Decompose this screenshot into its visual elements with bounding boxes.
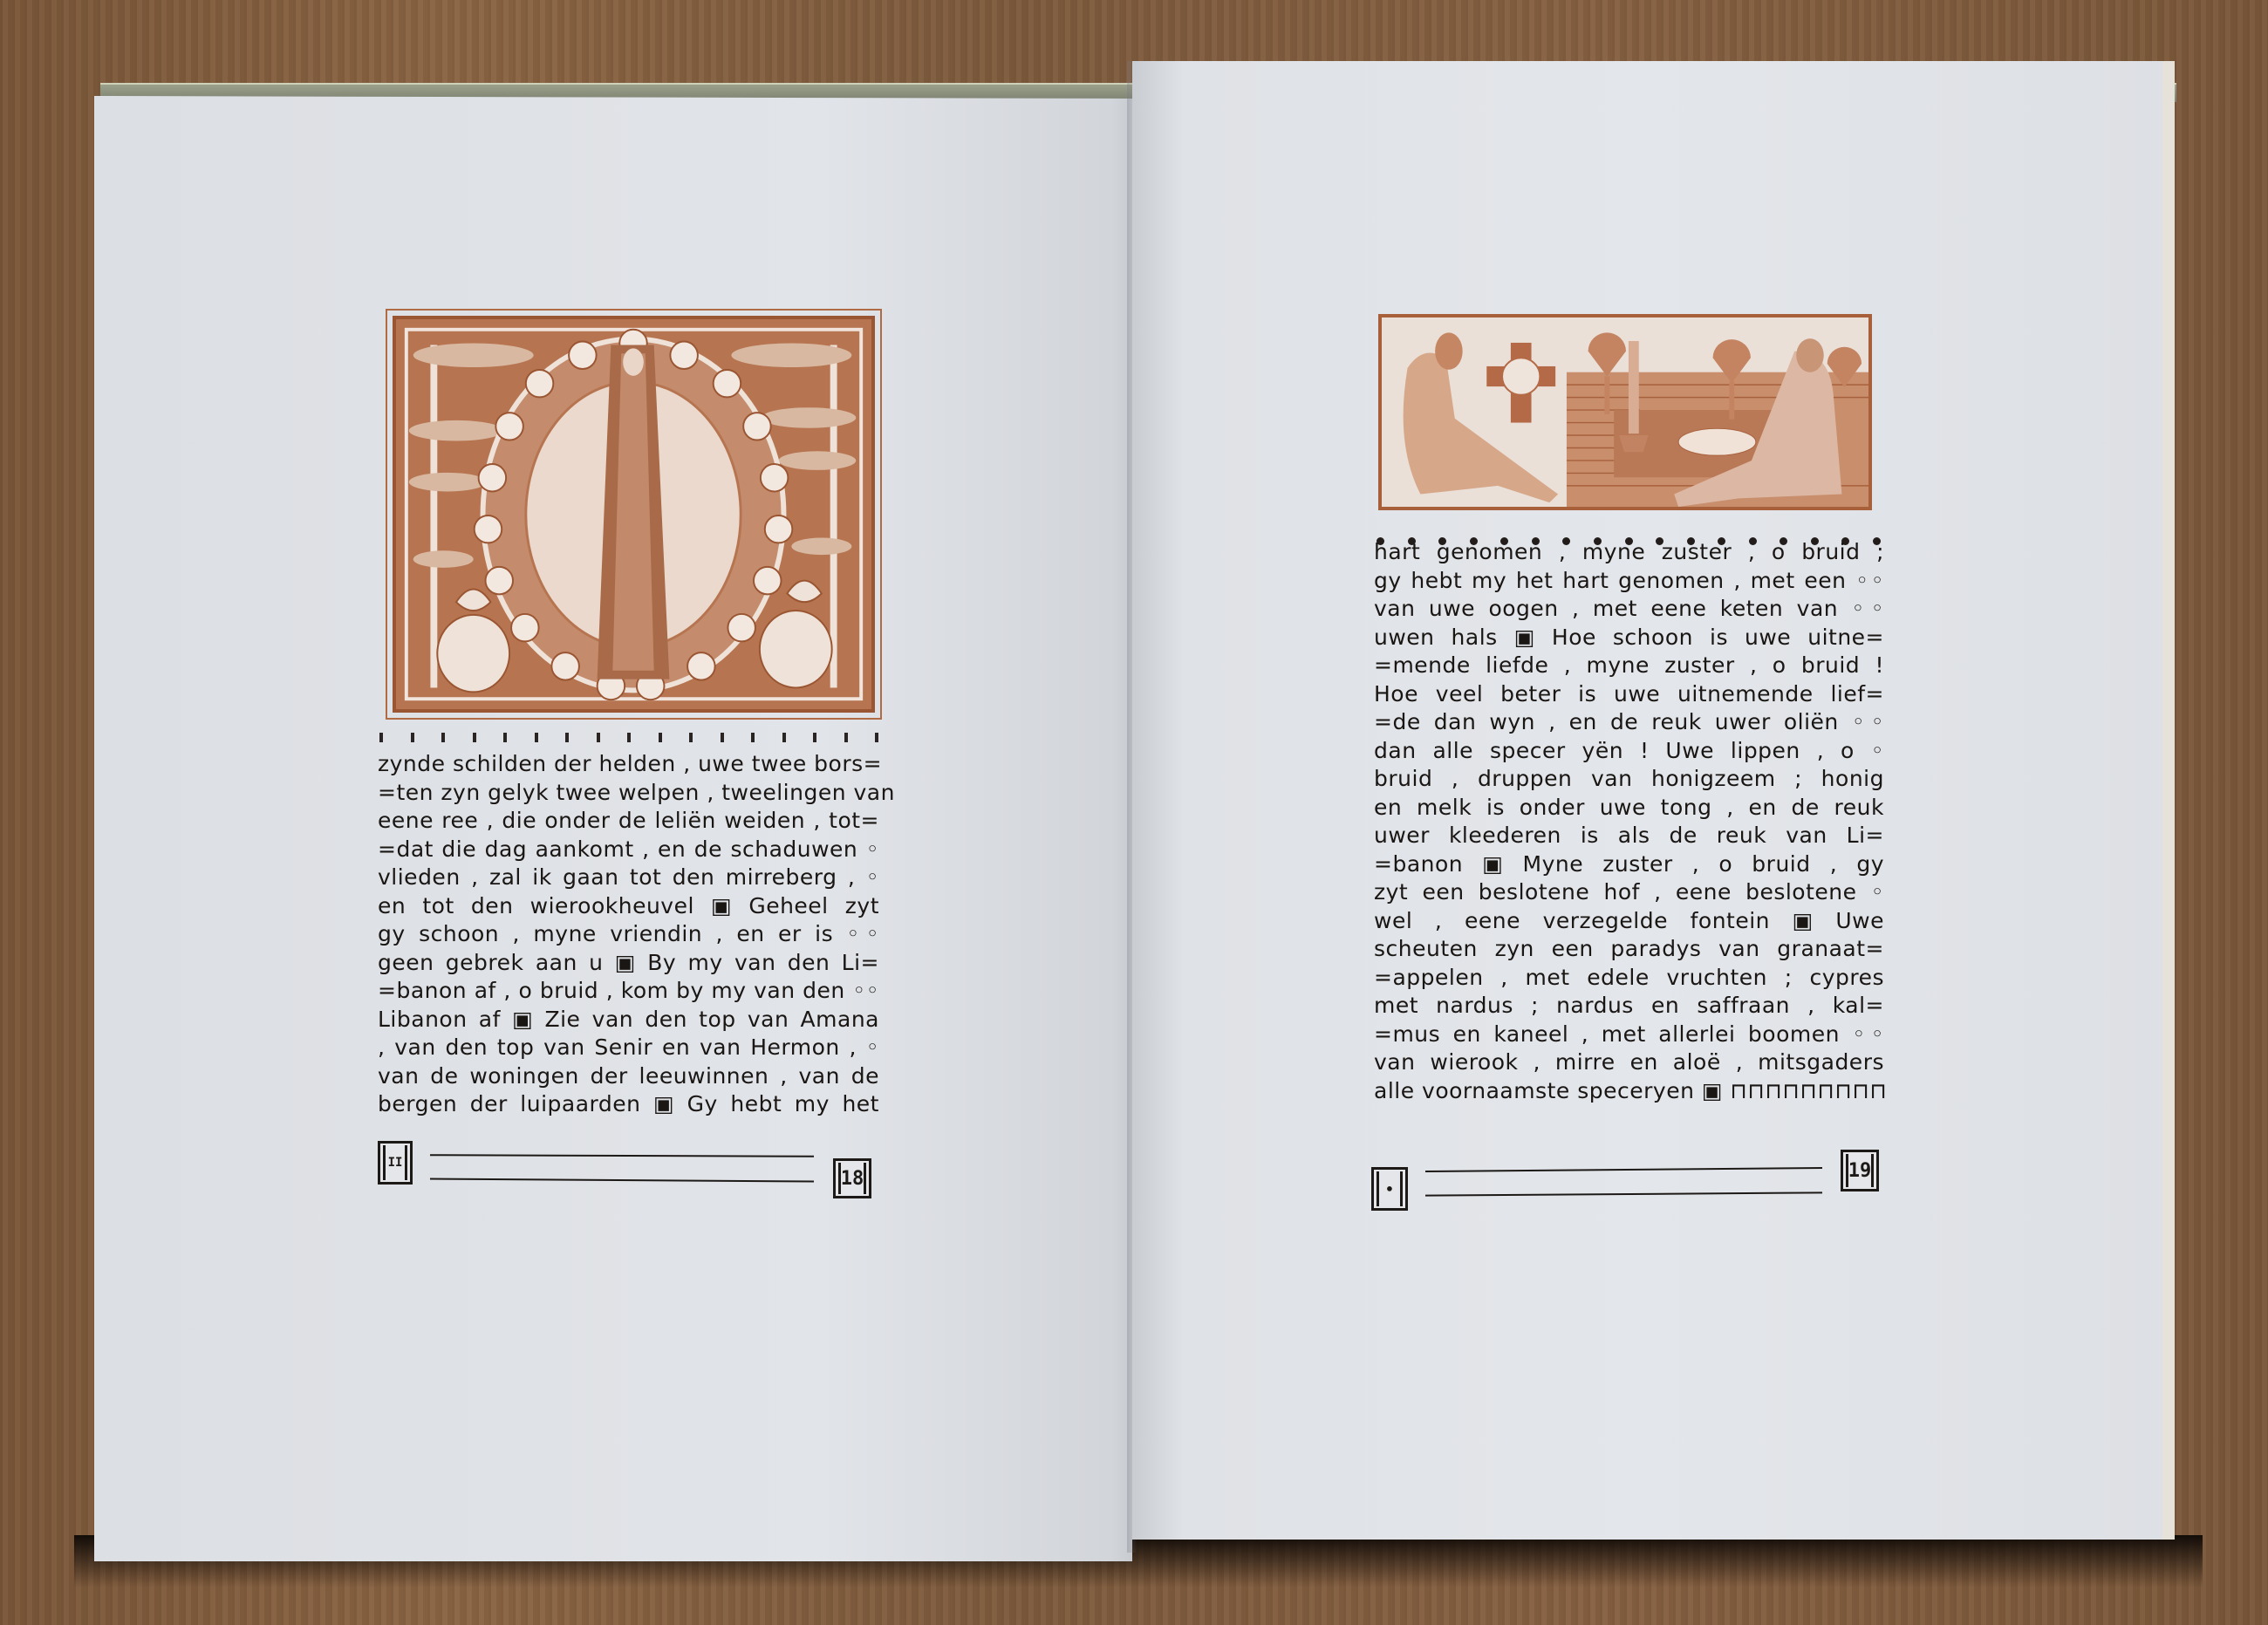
- text-line: scheuten zyn een paradys van granaat=: [1374, 935, 1884, 964]
- tick-ornament: [659, 733, 662, 742]
- text-line: bergen der luipaarden ▣ Gy hebt my het: [378, 1090, 879, 1119]
- garden-illustration-icon: [1382, 317, 1868, 507]
- text-line: vlieden , zal ik gaan tot den mirreberg …: [378, 864, 879, 892]
- signature-mark: II: [388, 1156, 403, 1170]
- text-line: dan alle specer yën ! Uwe lippen , o ◦: [1374, 737, 1884, 766]
- tick-ornament: [473, 733, 476, 742]
- tick-ornament: [689, 733, 693, 742]
- text-line: uwen hals ▣ Hoe schoon is uwe uitne=: [1374, 624, 1884, 652]
- text-line: van wierook , mirre en aloë , mitsgaders: [1374, 1048, 1884, 1077]
- tick-ornament: [813, 733, 816, 742]
- left-page-text: zynde schilden der helden , uwe twee bor…: [378, 750, 879, 1119]
- text-line: geen gebrek aan u ▣ By my van den Li=: [378, 949, 879, 978]
- text-line: =mus en kaneel , met allerlei boomen ◦◦: [1374, 1021, 1884, 1049]
- text-line: =mende liefde , myne zuster , o bruid !: [1374, 652, 1884, 680]
- tick-ornament: [441, 733, 445, 742]
- page-number-box: 19: [1841, 1150, 1879, 1191]
- tick-ornament: [411, 733, 414, 742]
- text-line: Hoe veel beter is uwe uitnemende lief=: [1374, 680, 1884, 709]
- text-line: eene ree , die onder de leliën weiden , …: [378, 807, 879, 836]
- tick-ornament: [535, 733, 538, 742]
- text-line: =banon ▣ Myne zuster , o bruid , gy: [1374, 850, 1884, 879]
- text-line: wel , eene verzegelde fontein ▣ Uwe: [1374, 907, 1884, 936]
- text-line: bruid , druppen van honigzeem ; honig: [1374, 765, 1884, 794]
- text-line: =de dan wyn , en de reuk uwer oliën ◦◦: [1374, 708, 1884, 737]
- text-line: en tot den wierookheuvel ▣ Geheel zyt: [378, 892, 879, 921]
- text-line: =ten zyn gelyk twee welpen , tweelingen …: [378, 779, 879, 808]
- text-line: , van den top van Senir en van Hermon , …: [378, 1034, 879, 1062]
- tick-ornament: [721, 733, 724, 742]
- text-line: Libanon af ▣ Zie van den top van Amana: [378, 1006, 879, 1034]
- text-line: zynde schilden der helden , uwe twee bor…: [378, 750, 879, 779]
- tick-ornament: [503, 733, 507, 742]
- right-page-text: hart genomen , myne zuster , o bruid ; g…: [1374, 538, 1884, 1105]
- bride-illustration-icon: [396, 319, 871, 709]
- text-line: =banon af , o bruid , kom by my van den …: [378, 977, 879, 1006]
- tick-ornament: [782, 733, 786, 742]
- page-number: 18: [841, 1168, 864, 1190]
- text-line: uwer kleederen is als de reuk van Li=: [1374, 822, 1884, 850]
- footer-rule-top: [430, 1154, 814, 1157]
- footer-rule-bottom: [1425, 1191, 1822, 1196]
- page-number: 19: [1848, 1160, 1872, 1182]
- tick-ornament: [379, 733, 383, 742]
- tick-ornament: [627, 733, 631, 742]
- footer-rule-bottom: [430, 1178, 814, 1182]
- text-line: met nardus ; nardus en saffraan , kal=: [1374, 992, 1884, 1021]
- signature-mark: •: [1385, 1181, 1394, 1198]
- left-tick-ornament-row: [379, 731, 878, 743]
- footer-rule-top: [1425, 1167, 1822, 1172]
- page-number-box: 18: [833, 1158, 871, 1198]
- text-line: =appelen , met edele vruchten ; cypres: [1374, 964, 1884, 993]
- tick-ornament: [844, 733, 848, 742]
- left-illustration-bride-mandorla: [393, 316, 875, 713]
- text-line: zyt een beslotene hof , eene beslotene ◦: [1374, 878, 1884, 907]
- text-line: hart genomen , myne zuster , o bruid ;: [1374, 538, 1884, 567]
- left-page-footer: II 18: [378, 1141, 884, 1198]
- signature-mark-box: II: [378, 1141, 413, 1185]
- tick-ornament: [597, 733, 600, 742]
- right-illustration-garden-scene: [1378, 314, 1872, 510]
- text-line: en melk is onder uwe tong , en de reuk: [1374, 794, 1884, 823]
- text-line: gy schoon , myne vriendin , en er is ◦◦: [378, 920, 879, 949]
- right-page-footer: • 19: [1371, 1150, 1882, 1212]
- text-line: van uwe oogen , met eene keten van ◦◦: [1374, 595, 1884, 624]
- signature-mark-box: •: [1371, 1167, 1408, 1211]
- tick-ornament: [565, 733, 569, 742]
- tick-ornament: [875, 733, 878, 742]
- text-line: gy hebt my het hart genomen , met een ◦◦: [1374, 567, 1884, 596]
- text-line: =dat die dag aankomt , en de schaduwen ◦: [378, 836, 879, 864]
- text-line: van de woningen der leeuwinnen , van de: [378, 1062, 879, 1091]
- tick-ornament: [751, 733, 755, 742]
- text-line: alle voornaamste speceryen ▣ ⊓⊓⊓⊓⊓⊓⊓⊓⊓: [1374, 1077, 1884, 1106]
